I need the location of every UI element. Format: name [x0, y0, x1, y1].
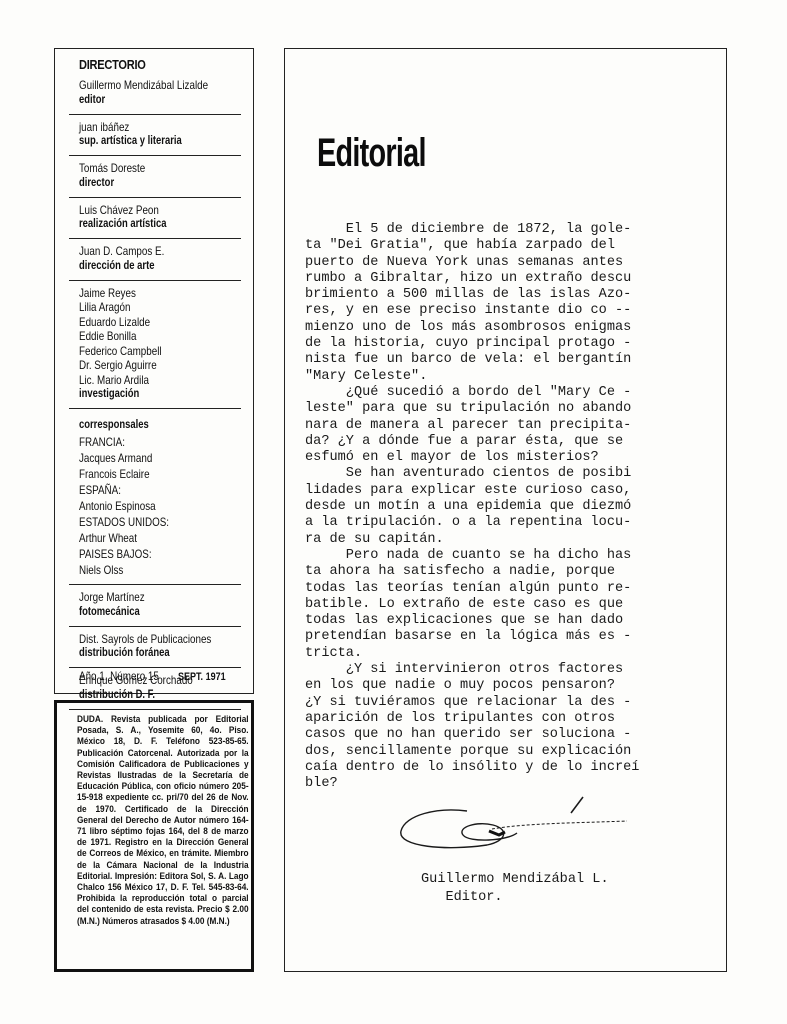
section-divider — [69, 626, 241, 627]
editorial-line: nara de manera al parecer tan precipita- — [305, 418, 715, 434]
legal-notice-text: DUDA. Revista publicada por Editorial Po… — [77, 713, 249, 926]
directory-section: Guillermo Mendizábal Lizaldeeditor — [79, 78, 249, 107]
staff-name: Lic. Mario Ardila — [79, 373, 218, 388]
section-divider — [69, 155, 241, 156]
directory-section: Luis Chávez Peonrealización artística — [79, 203, 249, 232]
signature-name: Guillermo Mendizábal L. — [421, 872, 609, 887]
issue-info: Año 1. Número 15 SEPT. 1971 — [79, 669, 226, 683]
correspondent-name: Arthur Wheat — [79, 530, 218, 546]
editorial-line: casos que no han querido ser soluciona - — [305, 727, 715, 743]
staff-role: distribución foránea — [79, 646, 218, 660]
staff-role: realización artística — [79, 217, 218, 231]
correspondent-country: ESPAÑA: — [79, 482, 218, 498]
editorial-title: Editorial — [317, 131, 426, 176]
staff-name: Eduardo Lizalde — [79, 315, 218, 330]
editorial-line: mienzo uno de los más asombrosos enigmas — [305, 320, 715, 336]
legal-notice-box: DUDA. Revista publicada por Editorial Po… — [54, 700, 254, 972]
directory-section: juan ibáñezsup. artística y literaria — [79, 120, 249, 149]
editorial-line: da? ¿Y a dónde fue a parar ésta, que se — [305, 434, 715, 450]
correspondent-country: FRANCIA: — [79, 434, 218, 450]
staff-name: Juan D. Campos E. — [79, 244, 218, 259]
editorial-line: leste" para que su tripulación no abando — [305, 401, 715, 417]
editorial-line: en los que nadie o muy pocos pensaron? — [305, 678, 715, 694]
staff-role: sup. artística y literaria — [79, 134, 218, 148]
editorial-line: ta ahora ha satisfecho a nadie, porque — [305, 564, 715, 580]
editorial-line: brimiento a 500 millas de las islas Azo- — [305, 287, 715, 303]
editorial-line: caía dentro de lo insólito y de lo incre… — [305, 760, 715, 776]
section-divider — [69, 238, 241, 239]
staff-name: Jaime Reyes — [79, 286, 218, 301]
directory-title: DIRECTORIO — [79, 57, 146, 72]
staff-name: Jorge Martínez — [79, 590, 218, 605]
correspondent-name: Francois Eclaire — [79, 466, 218, 482]
issue-number: Año 1. Número 15 — [79, 669, 159, 683]
staff-role: fotomecánica — [79, 605, 218, 619]
staff-role: director — [79, 176, 218, 190]
correspondent-country: PAISES BAJOS: — [79, 546, 218, 562]
staff-role: dirección de arte — [79, 259, 218, 273]
issue-date: SEPT. 1971 — [178, 671, 226, 683]
editorial-line: todas las teorías tenían algún punto re- — [305, 581, 715, 597]
editorial-line: ble? — [305, 776, 715, 792]
staff-name: Dr. Sergio Aguirre — [79, 358, 218, 373]
staff-name: Tomás Doreste — [79, 161, 218, 176]
directory-section: Jaime ReyesLilia AragónEduardo LizaldeEd… — [79, 286, 249, 402]
staff-role: editor — [79, 93, 218, 107]
editorial-line: esfumó en el mayor de los misterios? — [305, 450, 715, 466]
staff-name: Luis Chávez Peon — [79, 203, 218, 218]
section-divider — [69, 584, 241, 585]
staff-name: Eddie Bonilla — [79, 329, 218, 344]
editorial-line: aparición de los tripulantes con otros — [305, 711, 715, 727]
editorial-line: ¿Qué sucedió a bordo del "Mary Ce - — [305, 385, 715, 401]
editorial-line: rumbo a Gibraltar, hizo un extraño descu — [305, 271, 715, 287]
editor-signature: Guillermo Mendizábal L. Editor. — [421, 871, 609, 907]
signature-icon — [397, 793, 637, 857]
editorial-line: ra de su capitán. — [305, 532, 715, 548]
editorial-line: Pero nada de cuanto se ha dicho has — [305, 548, 715, 564]
staff-role: investigación — [79, 387, 218, 401]
staff-name: Federico Campbell — [79, 344, 218, 359]
editorial-line: ¿Y si tuviéramos que relacionar la des - — [305, 695, 715, 711]
staff-name: Lilia Aragón — [79, 300, 218, 315]
section-divider — [69, 408, 241, 409]
section-divider — [69, 667, 241, 668]
editorial-line: de la historia, cuyo principal protago - — [305, 336, 715, 352]
signature-role: Editor. — [421, 890, 503, 905]
editorial-line: dos, sencillamente porque su explicación — [305, 744, 715, 760]
correspondents-heading: corresponsales — [79, 416, 218, 434]
directory-section: Jorge Martínezfotomecánica — [79, 590, 249, 619]
correspondent-name: Jacques Armand — [79, 450, 218, 466]
editorial-line: tricta. — [305, 646, 715, 662]
editorial-line: El 5 de diciembre de 1872, la gole- — [305, 222, 715, 238]
correspondent-name: Antonio Espinosa — [79, 498, 218, 514]
editorial-line: "Mary Celeste". — [305, 369, 715, 385]
correspondent-name: Niels Olss — [79, 562, 218, 578]
editorial-line: res, y en ese preciso instante dio co -- — [305, 303, 715, 319]
staff-name: Guillermo Mendizábal Lizalde — [79, 78, 218, 93]
editorial-body: El 5 de diciembre de 1872, la gole-ta "D… — [305, 222, 715, 792]
editorial-line: puerto de Nueva York unas semanas antes — [305, 255, 715, 271]
directory-section: Juan D. Campos E.dirección de arte — [79, 244, 249, 273]
correspondent-country: ESTADOS UNIDOS: — [79, 514, 218, 530]
editorial-line: pretendían basarse en la lógica más es - — [305, 629, 715, 645]
directory-section: Tomás Dorestedirector — [79, 161, 249, 190]
editorial-line: desde un motín a una epidemia que diezmó — [305, 499, 715, 515]
editorial-line: ¿Y si intervinieron otros factores — [305, 662, 715, 678]
staff-name: juan ibáñez — [79, 120, 218, 135]
editorial-line: ta "Dei Gratia", que había zarpado del — [305, 238, 715, 254]
directory-box: DIRECTORIO Guillermo Mendizábal Lizaldee… — [54, 48, 254, 694]
staff-name: Dist. Sayrols de Publicaciones — [79, 632, 218, 647]
section-divider — [69, 114, 241, 115]
section-divider — [69, 197, 241, 198]
editorial-line: nista fue un barco de vela: el bergantín — [305, 352, 715, 368]
editorial-line: batible. Lo extraño de este caso es que — [305, 597, 715, 613]
editorial-line: todas las explicaciones que se han dado — [305, 613, 715, 629]
editorial-line: a la tripulación. o a la repentina locu- — [305, 515, 715, 531]
editorial-frame: Editorial El 5 de diciembre de 1872, la … — [284, 48, 727, 972]
editorial-line: lidades para explicar este curioso caso, — [305, 483, 715, 499]
section-divider — [69, 280, 241, 281]
editorial-line: Se han aventurado cientos de posibi — [305, 466, 715, 482]
correspondents-section: corresponsalesFRANCIA:Jacques ArmandFran… — [79, 416, 249, 578]
directory-section: Dist. Sayrols de Publicacionesdistribuci… — [79, 632, 249, 661]
